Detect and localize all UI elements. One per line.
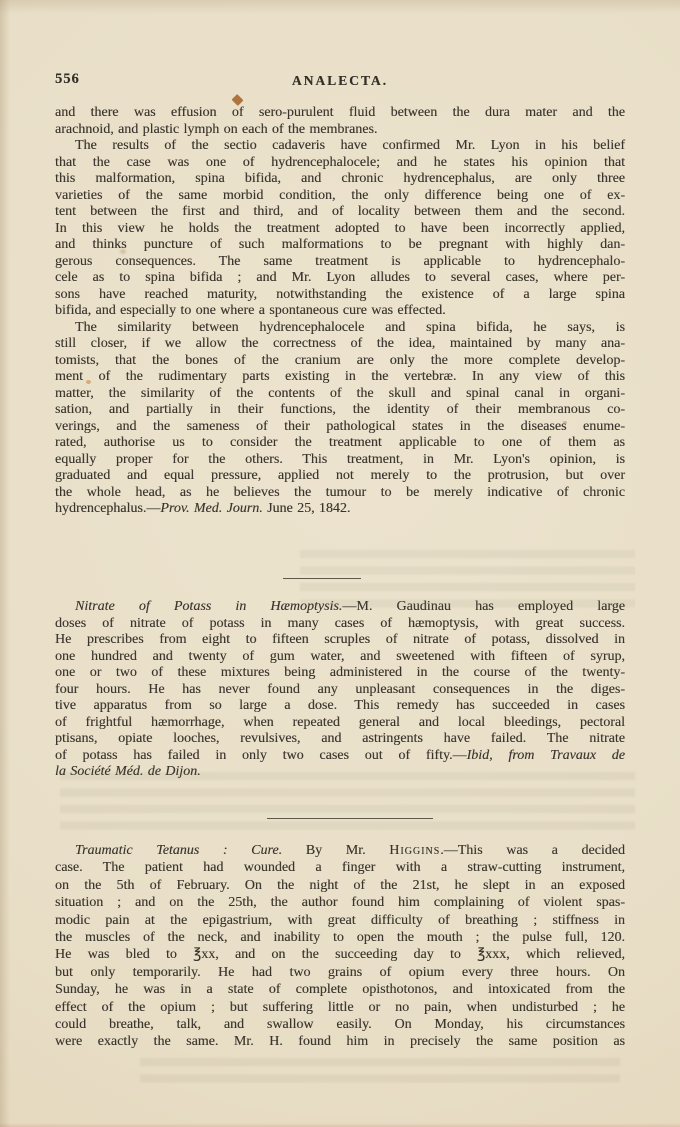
- body-text: verings, and the sameness of their patho…: [55, 419, 625, 434]
- text-line: He prescribes from eight to fifteen scru…: [55, 632, 625, 649]
- text-line: cele as to spina bifida ; and Mr. Lyon a…: [55, 270, 625, 287]
- body-text: but only temporarily. He had two grains …: [55, 965, 625, 980]
- text-line: this malformation, spina bifida, and chr…: [55, 171, 625, 188]
- body-text: could breathe, talk, and swallow easily.…: [55, 1017, 625, 1032]
- bleedthrough-texture: [140, 1058, 620, 1084]
- body-text: sation, and partially in their functions…: [55, 402, 625, 417]
- bleedthrough-texture: [60, 772, 635, 836]
- text-line: one or two of these mixtures being admin…: [55, 665, 625, 682]
- text-line: but only temporarily. He had two grains …: [55, 964, 625, 981]
- body-text: cele as to spina bifida ; and Mr. Lyon a…: [55, 270, 625, 285]
- text-line: In this view he holds the treatment adop…: [55, 221, 625, 238]
- smallcaps-name: Higgins: [389, 843, 440, 858]
- text-line: case. The patient had wounded a finger w…: [55, 859, 625, 876]
- body-text: were exactly the same. Mr. H. found him …: [55, 1034, 625, 1049]
- text-line: doses of nitrate of potass in many cases…: [55, 616, 625, 633]
- body-text: the muscles of the neck, and inability t…: [55, 930, 625, 945]
- text-line: tent between the first and third, and of…: [55, 204, 625, 221]
- text-line: on the 5th of February. On the night of …: [55, 877, 625, 894]
- body-text: The similarity between hydrencephalocele…: [75, 320, 625, 335]
- body-text: ment of the rudimentary parts existing i…: [55, 369, 625, 384]
- body-text: one hundred and twenty of gum water, and…: [55, 649, 625, 664]
- body-text: By Mr.: [282, 843, 389, 858]
- body-text: and there was effusion of sero-purulent …: [55, 105, 625, 120]
- article-nitrate-of-potass: Nitrate of Potass in Hæmoptysis.—M. Gaud…: [55, 599, 625, 781]
- italic-text: Ibid, from Travaux de: [467, 748, 625, 763]
- body-text: one or two of these mixtures being admin…: [55, 665, 625, 680]
- body-text: tive apparatus from so large a dose. Thi…: [55, 698, 625, 713]
- text-line: matter, the similarity of the contents o…: [55, 386, 625, 403]
- body-text: June 25, 1842.: [263, 501, 351, 516]
- body-text: this malformation, spina bifida, and chr…: [55, 171, 625, 186]
- body-text: arachnoid, and plastic lymph on each of …: [55, 122, 377, 137]
- text-line: situation ; and on the 25th, the author …: [55, 894, 625, 911]
- italic-text: Traumatic Tetanus : Cure.: [75, 843, 282, 858]
- body-text: case. The patient had wounded a finger w…: [55, 860, 625, 875]
- text-line: ptisans, opiate looches, revulsives, and…: [55, 731, 625, 748]
- body-text: varieties of the same morbid condition, …: [55, 188, 625, 203]
- foxing-speck: [86, 380, 91, 384]
- text-line: and there was effusion of sero-purulent …: [55, 105, 625, 122]
- body-text: ptisans, opiate looches, revulsives, and…: [55, 731, 625, 746]
- body-text: and thinks puncture of such malformation…: [55, 237, 625, 252]
- body-text: tent between the first and third, and of…: [55, 204, 625, 219]
- text-line: of frightful hæmorrhage, when repeated g…: [55, 715, 625, 732]
- body-text: hydrencephalus.—: [55, 501, 160, 516]
- body-text: doses of nitrate of potass in many cases…: [55, 616, 625, 631]
- body-text: He prescribes from eight to fifteen scru…: [55, 632, 625, 647]
- text-line: the whole head, as he believes the tumou…: [55, 485, 625, 502]
- text-line: He was bled to ℥xx, and on the succeedin…: [55, 946, 625, 963]
- text-line: tive apparatus from so large a dose. Thi…: [55, 698, 625, 715]
- body-text: The results of the sectio cadaveris have…: [75, 138, 625, 153]
- scanned-journal-page: 556 ANALECTA. and there was effusion of …: [0, 0, 680, 1127]
- article-traumatic-tetanus: Traumatic Tetanus : Cure. By Mr. Higgins…: [55, 842, 625, 1051]
- text-line: Sunday, he was in a state of complete op…: [55, 981, 625, 998]
- body-text: of potass has failed in only two cases o…: [55, 748, 467, 763]
- text-line: were exactly the same. Mr. H. found him …: [55, 1033, 625, 1050]
- body-text: on the 5th of February. On the night of …: [55, 878, 625, 893]
- text-line: graduated and equal pressure, applied no…: [55, 468, 625, 485]
- body-text: rated, authorise us to consider the trea…: [55, 435, 625, 450]
- body-text: .—This was a decided: [440, 843, 625, 858]
- body-text: modic pain at the epigastrium, with grea…: [55, 913, 625, 928]
- italic-text: Prov. Med. Journ.: [160, 501, 262, 516]
- text-line: sation, and partially in their functions…: [55, 402, 625, 419]
- article-hydrencephalocele: and there was effusion of sero-purulent …: [55, 105, 625, 518]
- text-line: of potass has failed in only two cases o…: [55, 748, 625, 765]
- body-text: still closer, if we allow the correctnes…: [55, 336, 625, 351]
- text-line: still closer, if we allow the correctnes…: [55, 336, 625, 353]
- text-line: arachnoid, and plastic lymph on each of …: [55, 122, 625, 139]
- text-line: gerous consequences. The same treatment …: [55, 254, 625, 271]
- body-text: graduated and equal pressure, applied no…: [55, 468, 625, 483]
- text-line: verings, and the sameness of their patho…: [55, 419, 625, 436]
- body-text: that the case was one of hydrencephaloce…: [55, 155, 625, 170]
- body-text: tomists, that the bones of the cranium a…: [55, 353, 625, 368]
- text-line: hydrencephalus.—Prov. Med. Journ. June 2…: [55, 501, 625, 518]
- text-line: rated, authorise us to consider the trea…: [55, 435, 625, 452]
- body-text: the whole head, as he believes the tumou…: [55, 485, 625, 500]
- foxing-speck: [120, 249, 126, 254]
- body-text: of frightful hæmorrhage, when repeated g…: [55, 715, 625, 730]
- text-line: bifida, and especially to one where a sp…: [55, 303, 625, 320]
- running-head-title: ANALECTA.: [0, 73, 680, 89]
- bleedthrough-texture: [300, 550, 635, 610]
- text-line: sons have reached maturity, notwithstand…: [55, 287, 625, 304]
- text-line: Traumatic Tetanus : Cure. By Mr. Higgins…: [55, 842, 625, 859]
- body-text: situation ; and on the 25th, the author …: [55, 895, 625, 910]
- text-line: the muscles of the neck, and inability t…: [55, 929, 625, 946]
- body-text: bifida, and especially to one where a sp…: [55, 303, 446, 318]
- text-line: and thinks puncture of such malformation…: [55, 237, 625, 254]
- text-line: could breathe, talk, and swallow easily.…: [55, 1016, 625, 1033]
- text-line: one hundred and twenty of gum water, and…: [55, 649, 625, 666]
- body-text: matter, the similarity of the contents o…: [55, 386, 625, 401]
- foxing-speck: [563, 421, 567, 424]
- text-line: The results of the sectio cadaveris have…: [55, 138, 625, 155]
- text-line: The similarity between hydrencephalocele…: [55, 320, 625, 337]
- body-text: equally proper for the others. This trea…: [55, 452, 625, 467]
- body-text: gerous consequences. The same treatment …: [55, 254, 625, 269]
- text-line: four hours. He has never found any unple…: [55, 682, 625, 699]
- text-line: ment of the rudimentary parts existing i…: [55, 369, 625, 386]
- text-line: modic pain at the epigastrium, with grea…: [55, 912, 625, 929]
- body-text: He was bled to ℥xx, and on the succeedin…: [55, 947, 625, 962]
- text-line: effect of the opium ; but suffering litt…: [55, 999, 625, 1016]
- body-text: In this view he holds the treatment adop…: [55, 221, 625, 236]
- text-line: tomists, that the bones of the cranium a…: [55, 353, 625, 370]
- body-text: effect of the opium ; but suffering litt…: [55, 1000, 625, 1015]
- body-text: sons have reached maturity, notwithstand…: [55, 287, 625, 302]
- body-text: four hours. He has never found any unple…: [55, 682, 625, 697]
- body-text: Sunday, he was in a state of complete op…: [55, 982, 625, 997]
- text-line: equally proper for the others. This trea…: [55, 452, 625, 469]
- text-line: varieties of the same morbid condition, …: [55, 188, 625, 205]
- text-line: that the case was one of hydrencephaloce…: [55, 155, 625, 172]
